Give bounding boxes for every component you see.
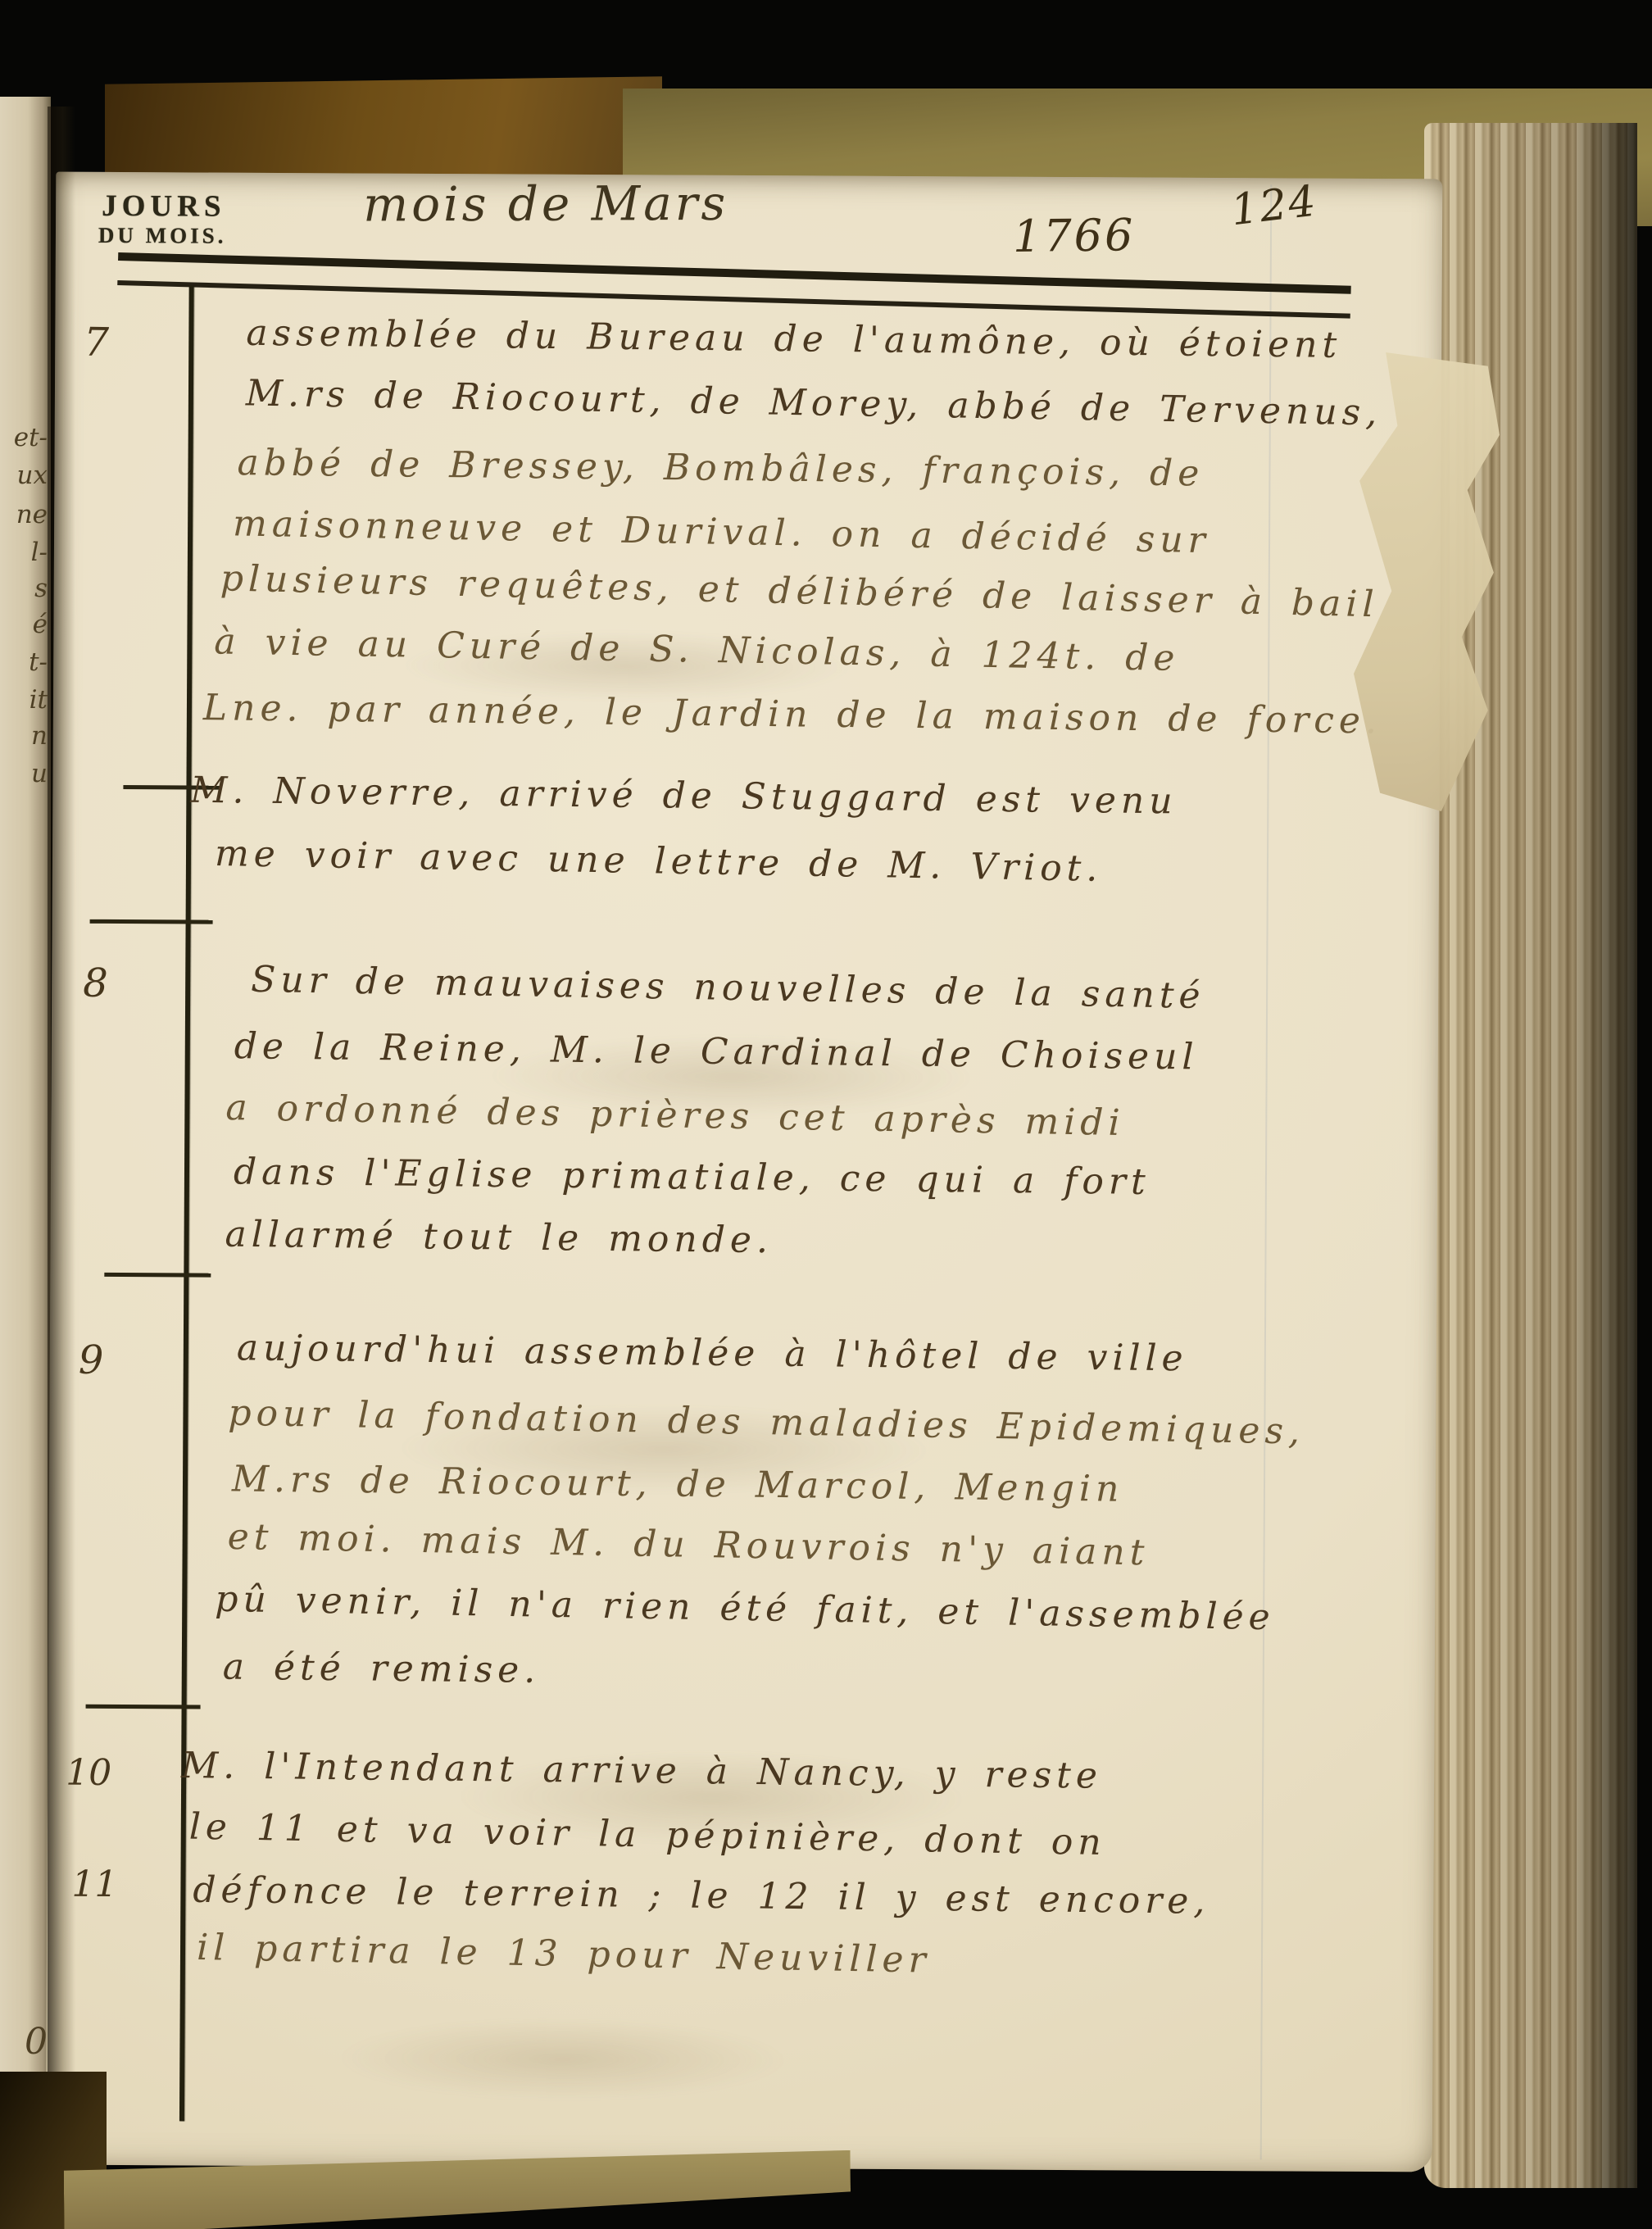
margin-fragment: ux (17, 461, 48, 490)
journal-line: allarmé tout le monde. (225, 1217, 773, 1260)
journal-line: défonce le terrein ; le 12 il y est enco… (193, 1873, 1209, 1920)
printed-days-label: DU MOIS. (98, 223, 227, 249)
paper-fold-line (1260, 184, 1273, 2159)
page-number: 124 (1228, 176, 1320, 235)
entry-separator-tick (90, 919, 213, 924)
day-number: 7 (84, 320, 110, 366)
journal-line: il partira le 13 pour Neuviller (197, 1930, 931, 1979)
margin-fragment: t- (29, 647, 48, 677)
journal-line: pû venir, il n'a rien été fait, et l'ass… (215, 1582, 1275, 1637)
margin-fragment: é (33, 610, 48, 639)
journal-line: de la Reine, M. le Cardinal de Choiseul (234, 1028, 1199, 1075)
journal-line: me voir avec une lettre de M. Vriot. (215, 836, 1103, 888)
margin-fragment: l- (31, 538, 48, 567)
margin-fragment: u (31, 759, 48, 788)
entry-separator-tick (86, 1705, 201, 1709)
journal-page: JOURS DU MOIS. mois de Mars 1766 124 7 8… (46, 172, 1443, 2172)
entry-separator-tick (104, 1273, 211, 1278)
year: 1766 (1013, 209, 1136, 262)
manuscript-scan: et- ux ne l- s é t- it n u 0 JOURS DU MO… (0, 0, 1652, 2229)
journal-line: aujourd'hui assemblée à l'hôtel de ville (237, 1330, 1188, 1377)
journal-line: plusieurs requêtes, et délibéré de laiss… (220, 561, 1379, 623)
margin-fragment: et- (14, 423, 48, 452)
journal-line: M.rs de Riocourt, de Morey, abbé de Terv… (246, 375, 1382, 431)
journal-line: Sur de mauvaises nouvelles de la santé (251, 962, 1205, 1015)
journal-line: dans l'Eglise primatiale, ce qui a fort (234, 1154, 1150, 1201)
day-number: 9 (79, 1337, 104, 1383)
journal-line: Lne. par année, le Jardin de la maison d… (203, 690, 1382, 739)
margin-fragment: ne (16, 500, 48, 529)
journal-line: maisonneuve et Durival. on a décidé sur (233, 506, 1210, 559)
journal-line: abbé de Bressey, Bombâles, françois, de (237, 445, 1204, 492)
month-title: mois de Mars (363, 175, 728, 233)
printed-days-label: JOURS (102, 188, 226, 225)
header-rule (117, 252, 1351, 319)
day-number: 11 (71, 1864, 117, 1905)
journal-line: a été remise. (223, 1649, 541, 1688)
ink-bleed-ghost (251, 2000, 874, 2118)
margin-fragment: s (34, 574, 48, 603)
margin-fragment: it (29, 685, 48, 715)
journal-line: M. Noverre, arrivé de Stuggard est venu (190, 773, 1178, 820)
facing-page-sliver: et- ux ne l- s é t- it n u 0 (0, 97, 51, 2170)
day-number: 8 (83, 960, 108, 1006)
journal-line: et moi. mais M. du Rouvrois n'y aiant (227, 1519, 1149, 1572)
margin-fragment: n (31, 721, 48, 751)
journal-line: M. l'Intendant arrive à Nancy, y reste (181, 1748, 1102, 1795)
gutter-shadow (48, 107, 75, 2172)
journal-line: assemblée du Bureau de l'aumône, où étoi… (246, 316, 1341, 364)
margin-fragment: 0 (25, 2021, 48, 2063)
journal-line: M.rs de Riocourt, de Marcol, Mengin (232, 1461, 1124, 1507)
